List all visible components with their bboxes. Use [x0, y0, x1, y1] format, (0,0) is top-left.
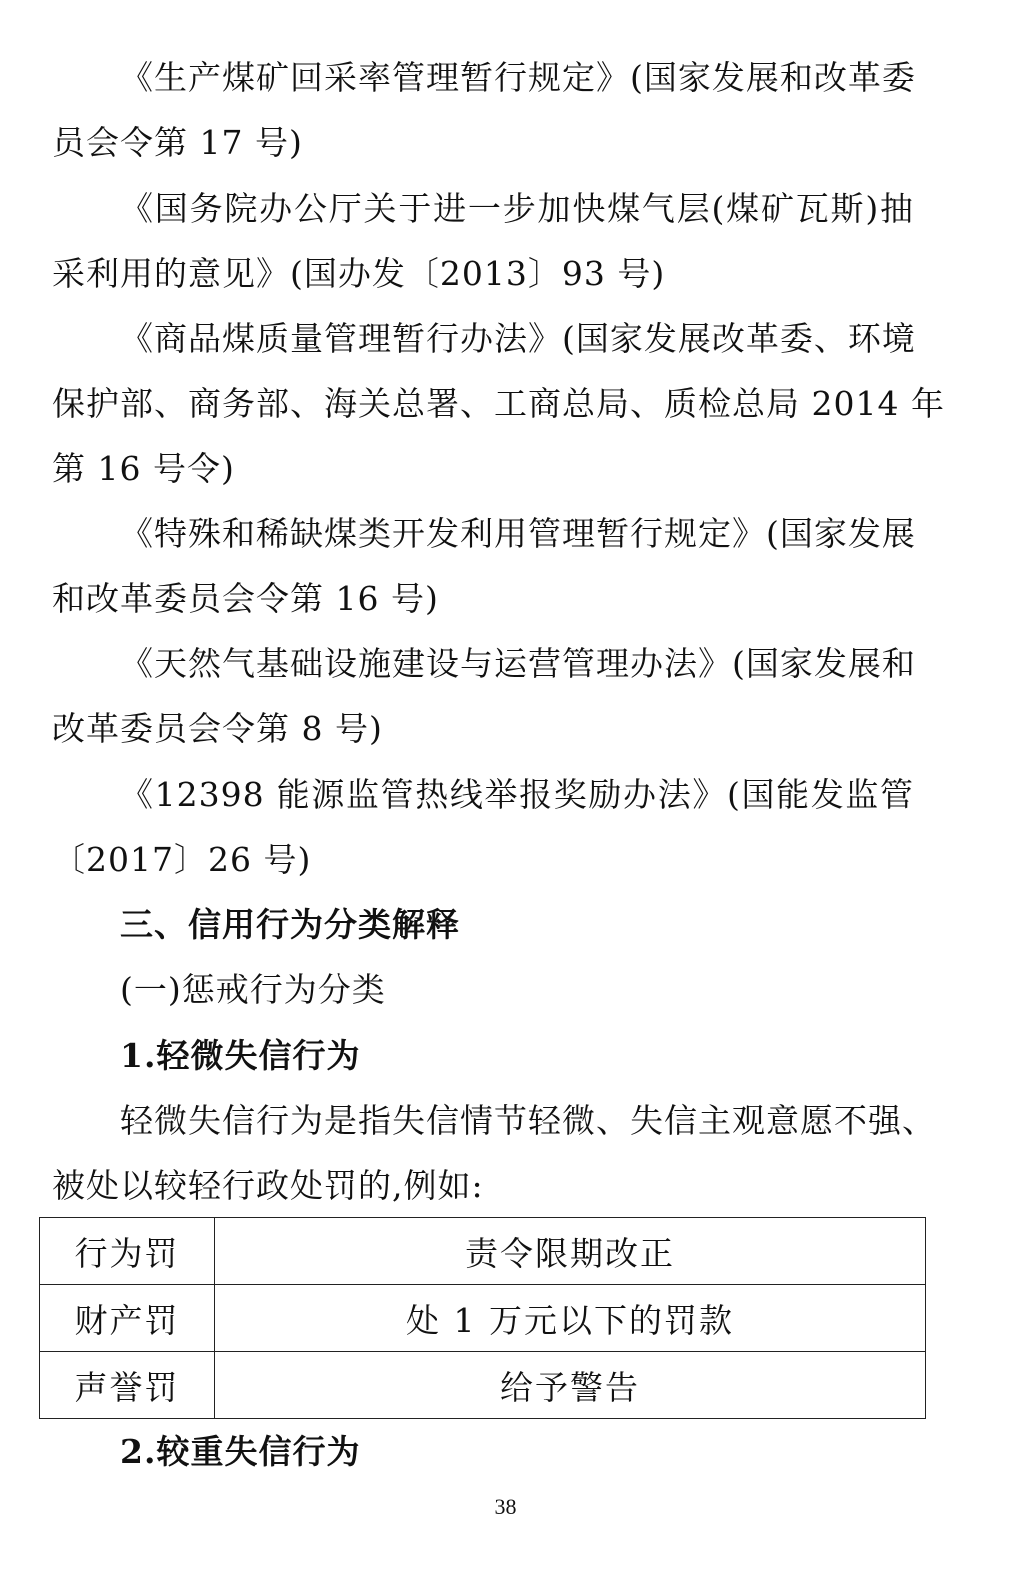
page-number: 38 — [0, 1494, 1011, 1520]
penalty-content-cell: 处 1 万元以下的罚款 — [215, 1285, 926, 1352]
reference-4-line-2: 和改革委员会令第 16 号) — [52, 579, 439, 619]
reference-2-line-1: 《国务院办公厅关于进一步加快煤气层(煤矿瓦斯)抽 — [52, 189, 914, 229]
reference-6-line-2: 〔2017〕26 号) — [52, 840, 311, 880]
reference-1-line-1: 《生产煤矿回采率管理暂行规定》(国家发展和改革委 — [52, 58, 914, 98]
reference-3-line-1: 《商品煤质量管理暂行办法》(国家发展改革委、环境 — [52, 319, 914, 359]
reference-5-line-1: 《天然气基础设施建设与运营管理办法》(国家发展和 — [52, 644, 914, 684]
penalty-table: 行为罚 责令限期改正 财产罚 处 1 万元以下的罚款 声誉罚 给予警告 — [39, 1217, 926, 1419]
reference-3-line-3: 第 16 号令) — [52, 449, 235, 489]
penalty-type-cell: 声誉罚 — [40, 1352, 215, 1419]
section-heading: 三、信用行为分类解释 — [120, 905, 460, 945]
reference-6-line-1: 《12398 能源监管热线举报奖励办法》(国能发监管 — [52, 775, 914, 815]
reference-2-line-2: 采利用的意见》(国办发〔2013〕93 号) — [52, 254, 665, 294]
reference-4-line-1: 《特殊和稀缺煤类开发利用管理暂行规定》(国家发展 — [52, 514, 914, 554]
reference-1-line-2: 员会令第 17 号) — [52, 123, 303, 163]
section-subheading: (一)惩戒行为分类 — [120, 970, 386, 1010]
table-row: 财产罚 处 1 万元以下的罚款 — [40, 1285, 926, 1352]
penalty-type-cell: 财产罚 — [40, 1285, 215, 1352]
item-1-description-line-2: 被处以较轻行政处罚的,例如: — [52, 1166, 484, 1206]
penalty-content-cell: 责令限期改正 — [215, 1218, 926, 1285]
table-row: 行为罚 责令限期改正 — [40, 1218, 926, 1285]
document-page: 《生产煤矿回采率管理暂行规定》(国家发展和改革委 员会令第 17 号) 《国务院… — [0, 0, 1011, 1572]
item-1-title: 1.轻微失信行为 — [120, 1036, 360, 1076]
item-1-description-line-1: 轻微失信行为是指失信情节轻微、失信主观意愿不强、 — [52, 1101, 914, 1141]
penalty-type-cell: 行为罚 — [40, 1218, 215, 1285]
table-row: 声誉罚 给予警告 — [40, 1352, 926, 1419]
reference-3-line-2: 保护部、商务部、海关总署、工商总局、质检总局 2014 年 — [52, 384, 914, 424]
penalty-content-cell: 给予警告 — [215, 1352, 926, 1419]
item-2-title: 2.较重失信行为 — [120, 1432, 360, 1472]
reference-5-line-2: 改革委员会令第 8 号) — [52, 709, 383, 749]
